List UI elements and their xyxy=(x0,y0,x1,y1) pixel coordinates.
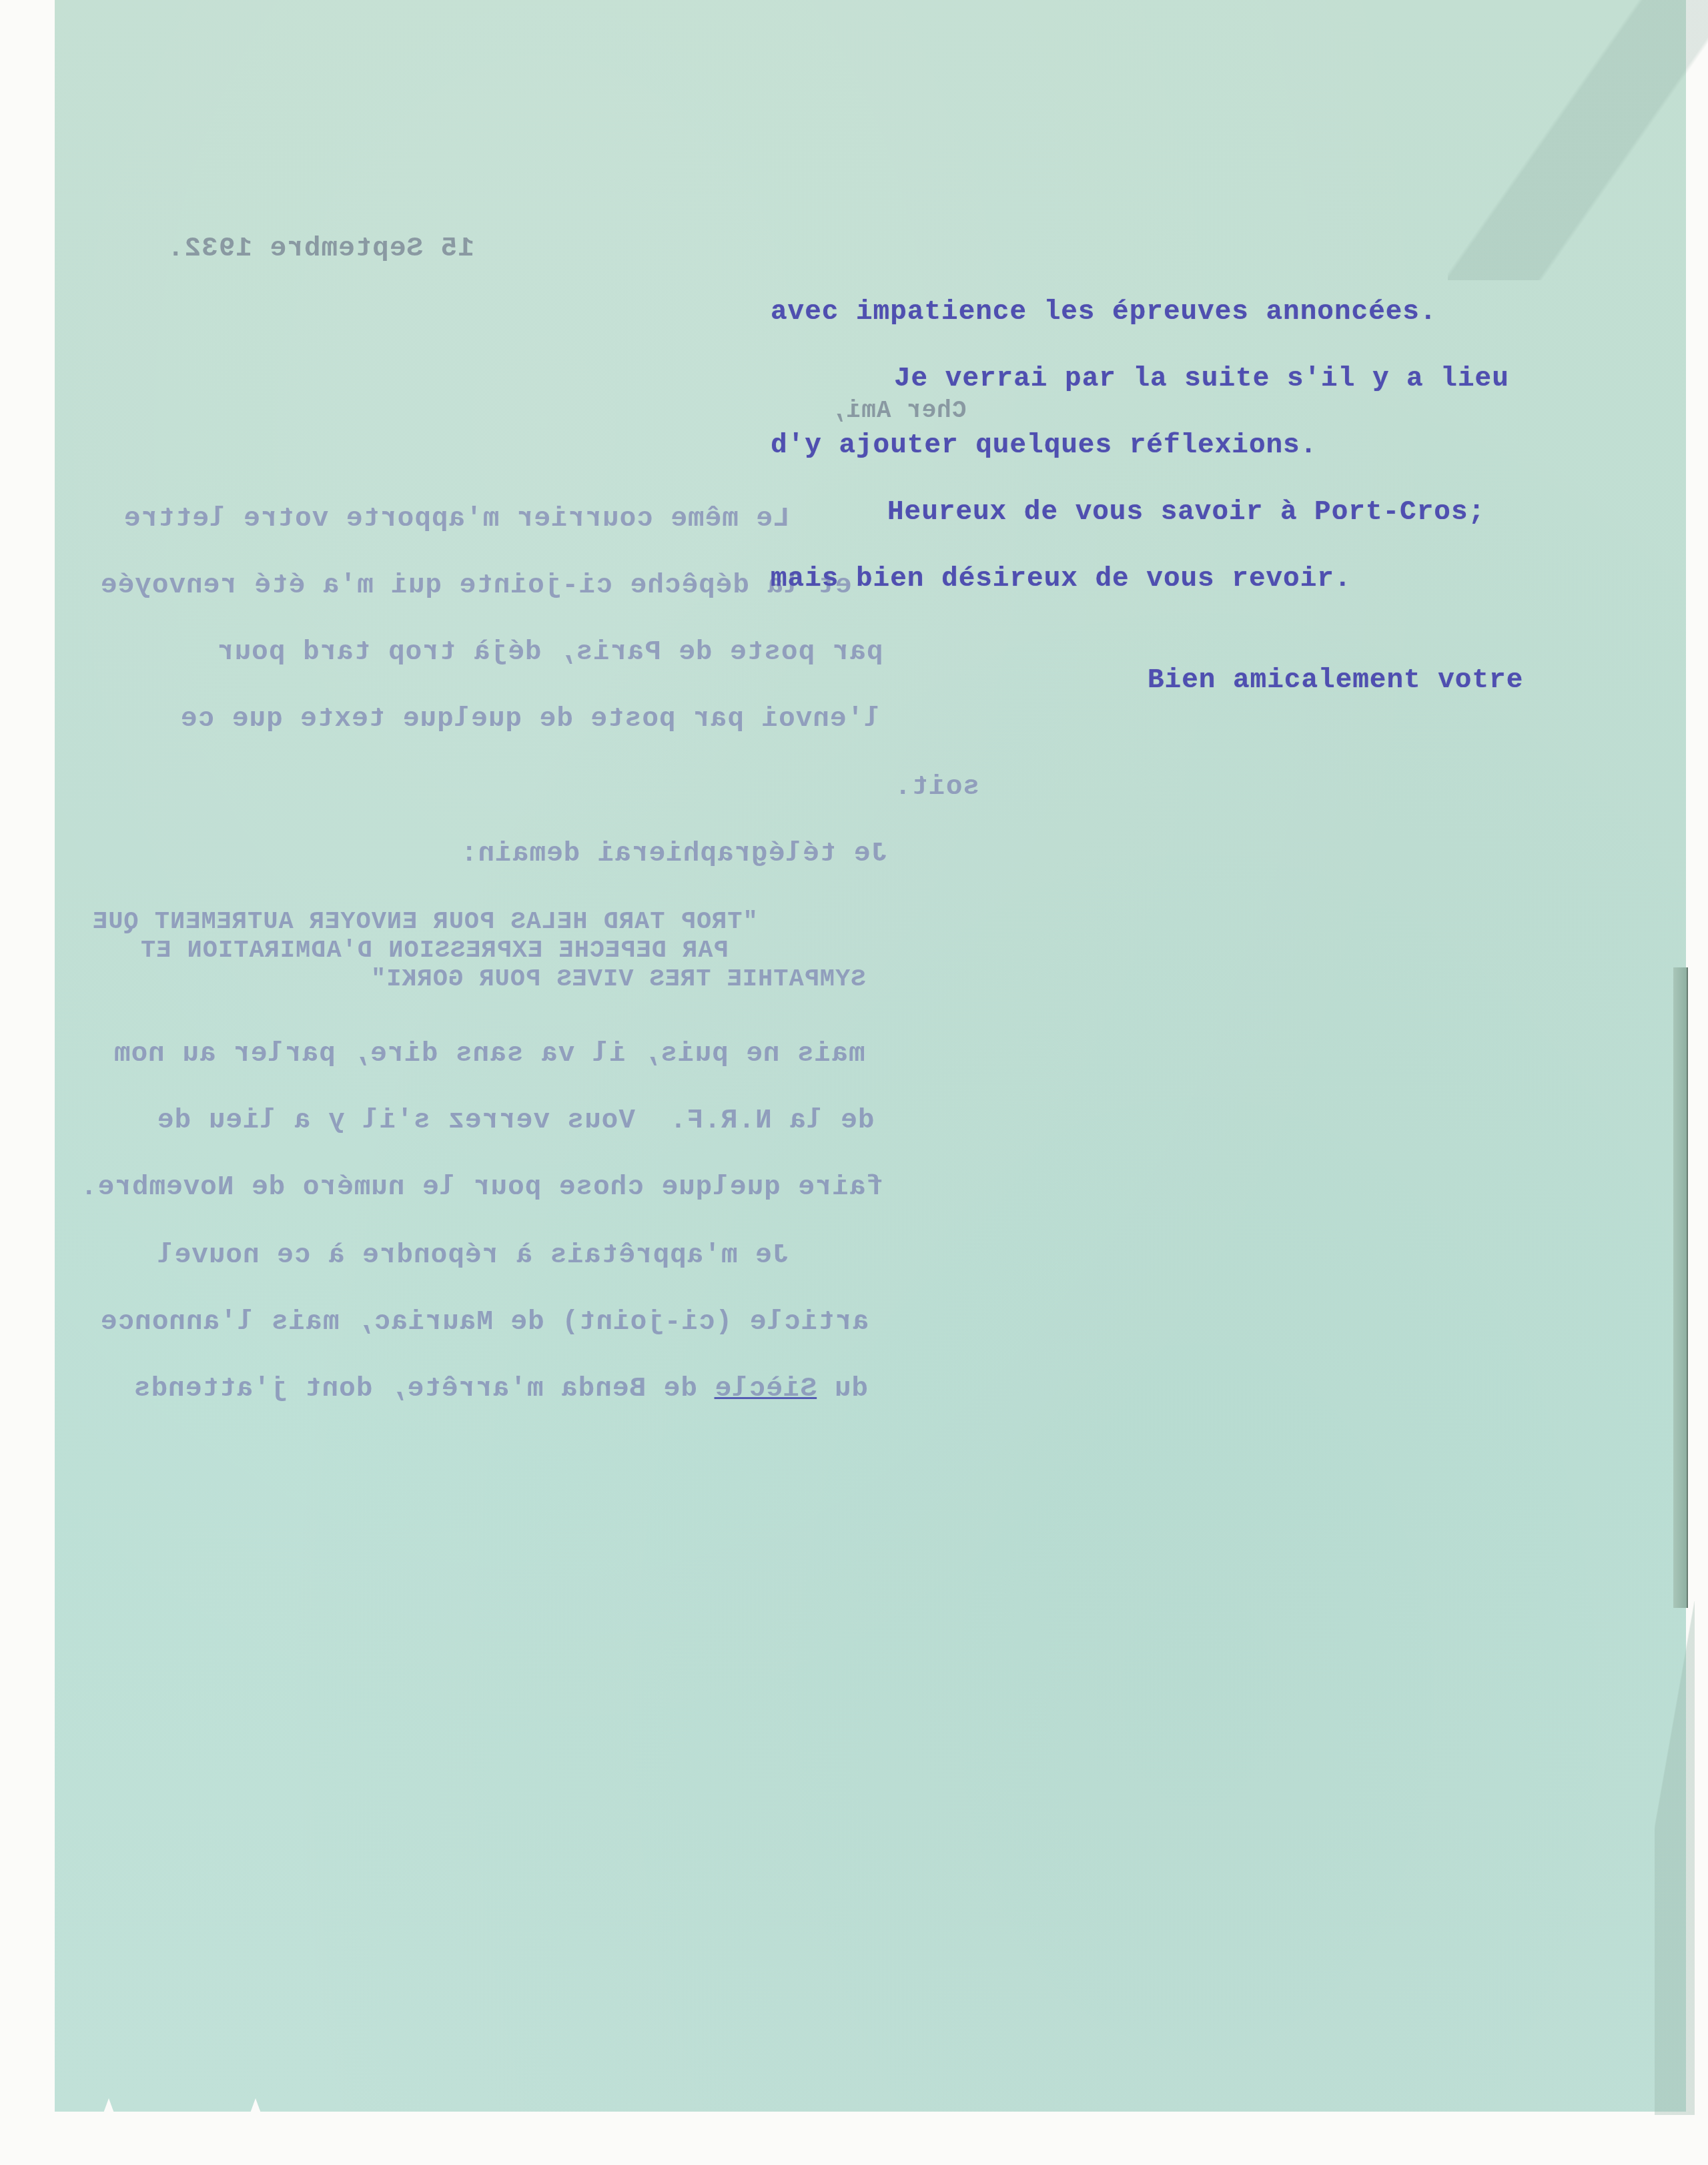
underlined-title: Siècle xyxy=(715,1374,817,1404)
mirrored-line: faire quelque chose pour le numéro de No… xyxy=(80,1174,883,1202)
paper-tear xyxy=(250,2098,261,2113)
paper-edge-crease xyxy=(1655,1601,1695,2115)
mirrored-line: Je télégraphierai demain: xyxy=(460,841,887,868)
mirrored-line: l'envoi par poste de quelque texte que c… xyxy=(180,706,881,733)
salutation-mirrored: Cher Ami, xyxy=(831,399,966,423)
telegram-line: PAR DEPECHE EXPRESSION D'ADMIRATION ET xyxy=(140,937,729,965)
letter-line: Heureux de vous savoir à Port-Cros; xyxy=(887,499,1485,526)
mirrored-line: Je m'apprêtais à répondre à ce nouvel xyxy=(157,1242,789,1270)
paper-fold xyxy=(1448,0,1708,280)
mirrored-line: mais ne puis, il va sans dire, parler au… xyxy=(113,1041,865,1068)
mirrored-line-last: du Siècle de Benda m'arrête, dont j'atte… xyxy=(133,1376,868,1403)
telegram-line: "TROP TARD HELAS POUR ENVOYER AUTREMENT … xyxy=(92,909,758,936)
date-mirrored: 15 Septembre 1932. xyxy=(167,236,474,263)
mirrored-line: de la N.R.F. Vous verrez s'il y a lieu d… xyxy=(157,1108,874,1135)
letter-line: d'y ajouter quelques réflexions. xyxy=(771,432,1317,460)
mirrored-line: soit. xyxy=(894,774,979,801)
mirrored-line: par poste de Paris, déjà trop tard pour xyxy=(217,639,883,667)
mirrored-line: et la dépêche ci-jointe qui m'a été renv… xyxy=(100,572,852,600)
telegram-line: SYMPATHIE TRES VIVES POUR GORKI" xyxy=(370,966,866,993)
paper-tear xyxy=(103,2098,114,2113)
mirrored-line: article (ci-joint) de Mauriac, mais l'an… xyxy=(100,1309,869,1336)
paper-edge-tab xyxy=(1673,967,1688,1608)
closing-line: Bien amicalement votre xyxy=(1148,667,1523,695)
letter-line: avec impatience les épreuves annoncées. xyxy=(771,299,1437,326)
mirrored-line: Le même courrier m'apporte votre lettre xyxy=(123,506,790,533)
letter-line: Je verrai par la suite s'il y a lieu xyxy=(894,366,1509,393)
letter-line: mais bien désireux de vous revoir. xyxy=(771,566,1352,593)
